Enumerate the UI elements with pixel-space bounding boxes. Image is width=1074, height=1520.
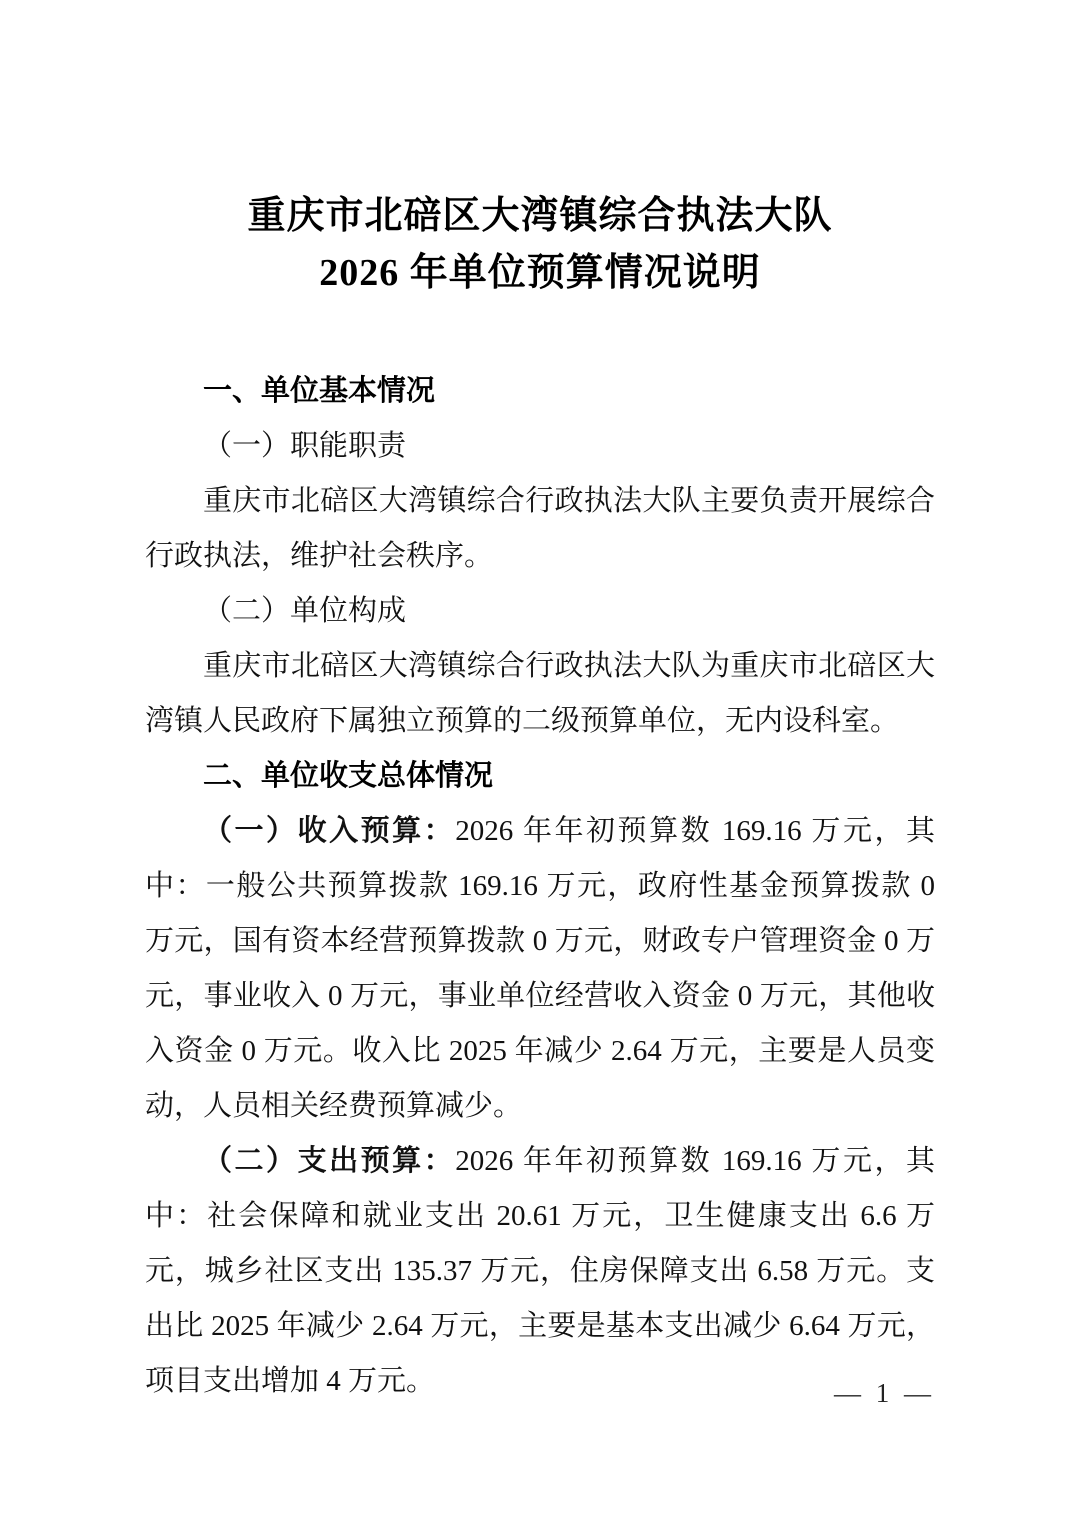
page-number: — 1 — bbox=[834, 1378, 935, 1409]
document-title: 重庆市北碚区大湾镇综合执法大队 2026 年单位预算情况说明 bbox=[145, 188, 935, 302]
document-body: 一、单位基本情况 （一）职能职责 重庆市北碚区大湾镇综合行政执法大队主要负责开展… bbox=[145, 364, 935, 1409]
section-1-heading: 一、单位基本情况 bbox=[145, 364, 935, 419]
section-1-2-heading: （二）单位构成 bbox=[145, 584, 935, 639]
section-2-heading: 二、单位收支总体情况 bbox=[145, 749, 935, 804]
section-1-1-paragraph: 重庆市北碚区大湾镇综合行政执法大队主要负责开展综合行政执法，维护社会秩序。 bbox=[145, 474, 935, 584]
document-title-line2: 2026 年单位预算情况说明 bbox=[145, 245, 935, 302]
section-1-1-heading: （一）职能职责 bbox=[145, 419, 935, 474]
section-2-expense-paragraph: （二）支出预算：2026 年年初预算数 169.16 万元，其中：社会保障和就业… bbox=[145, 1134, 935, 1409]
section-2-income-paragraph: （一）收入预算：2026 年年初预算数 169.16 万元，其中：一般公共预算拨… bbox=[145, 804, 935, 1134]
income-budget-lead: （一）收入预算： bbox=[203, 815, 455, 847]
expense-budget-lead: （二）支出预算： bbox=[203, 1145, 455, 1177]
document-page: 重庆市北碚区大湾镇综合执法大队 2026 年单位预算情况说明 一、单位基本情况 … bbox=[0, 0, 1074, 1520]
income-budget-text: 2026 年年初预算数 169.16 万元，其中：一般公共预算拨款 169.16… bbox=[145, 815, 935, 1122]
section-1-2-paragraph: 重庆市北碚区大湾镇综合行政执法大队为重庆市北碚区大湾镇人民政府下属独立预算的二级… bbox=[145, 639, 935, 749]
expense-budget-text: 2026 年年初预算数 169.16 万元，其中：社会保障和就业支出 20.61… bbox=[145, 1145, 935, 1397]
document-content: 重庆市北碚区大湾镇综合执法大队 2026 年单位预算情况说明 一、单位基本情况 … bbox=[0, 0, 1074, 1409]
document-title-line1: 重庆市北碚区大湾镇综合执法大队 bbox=[145, 188, 935, 245]
